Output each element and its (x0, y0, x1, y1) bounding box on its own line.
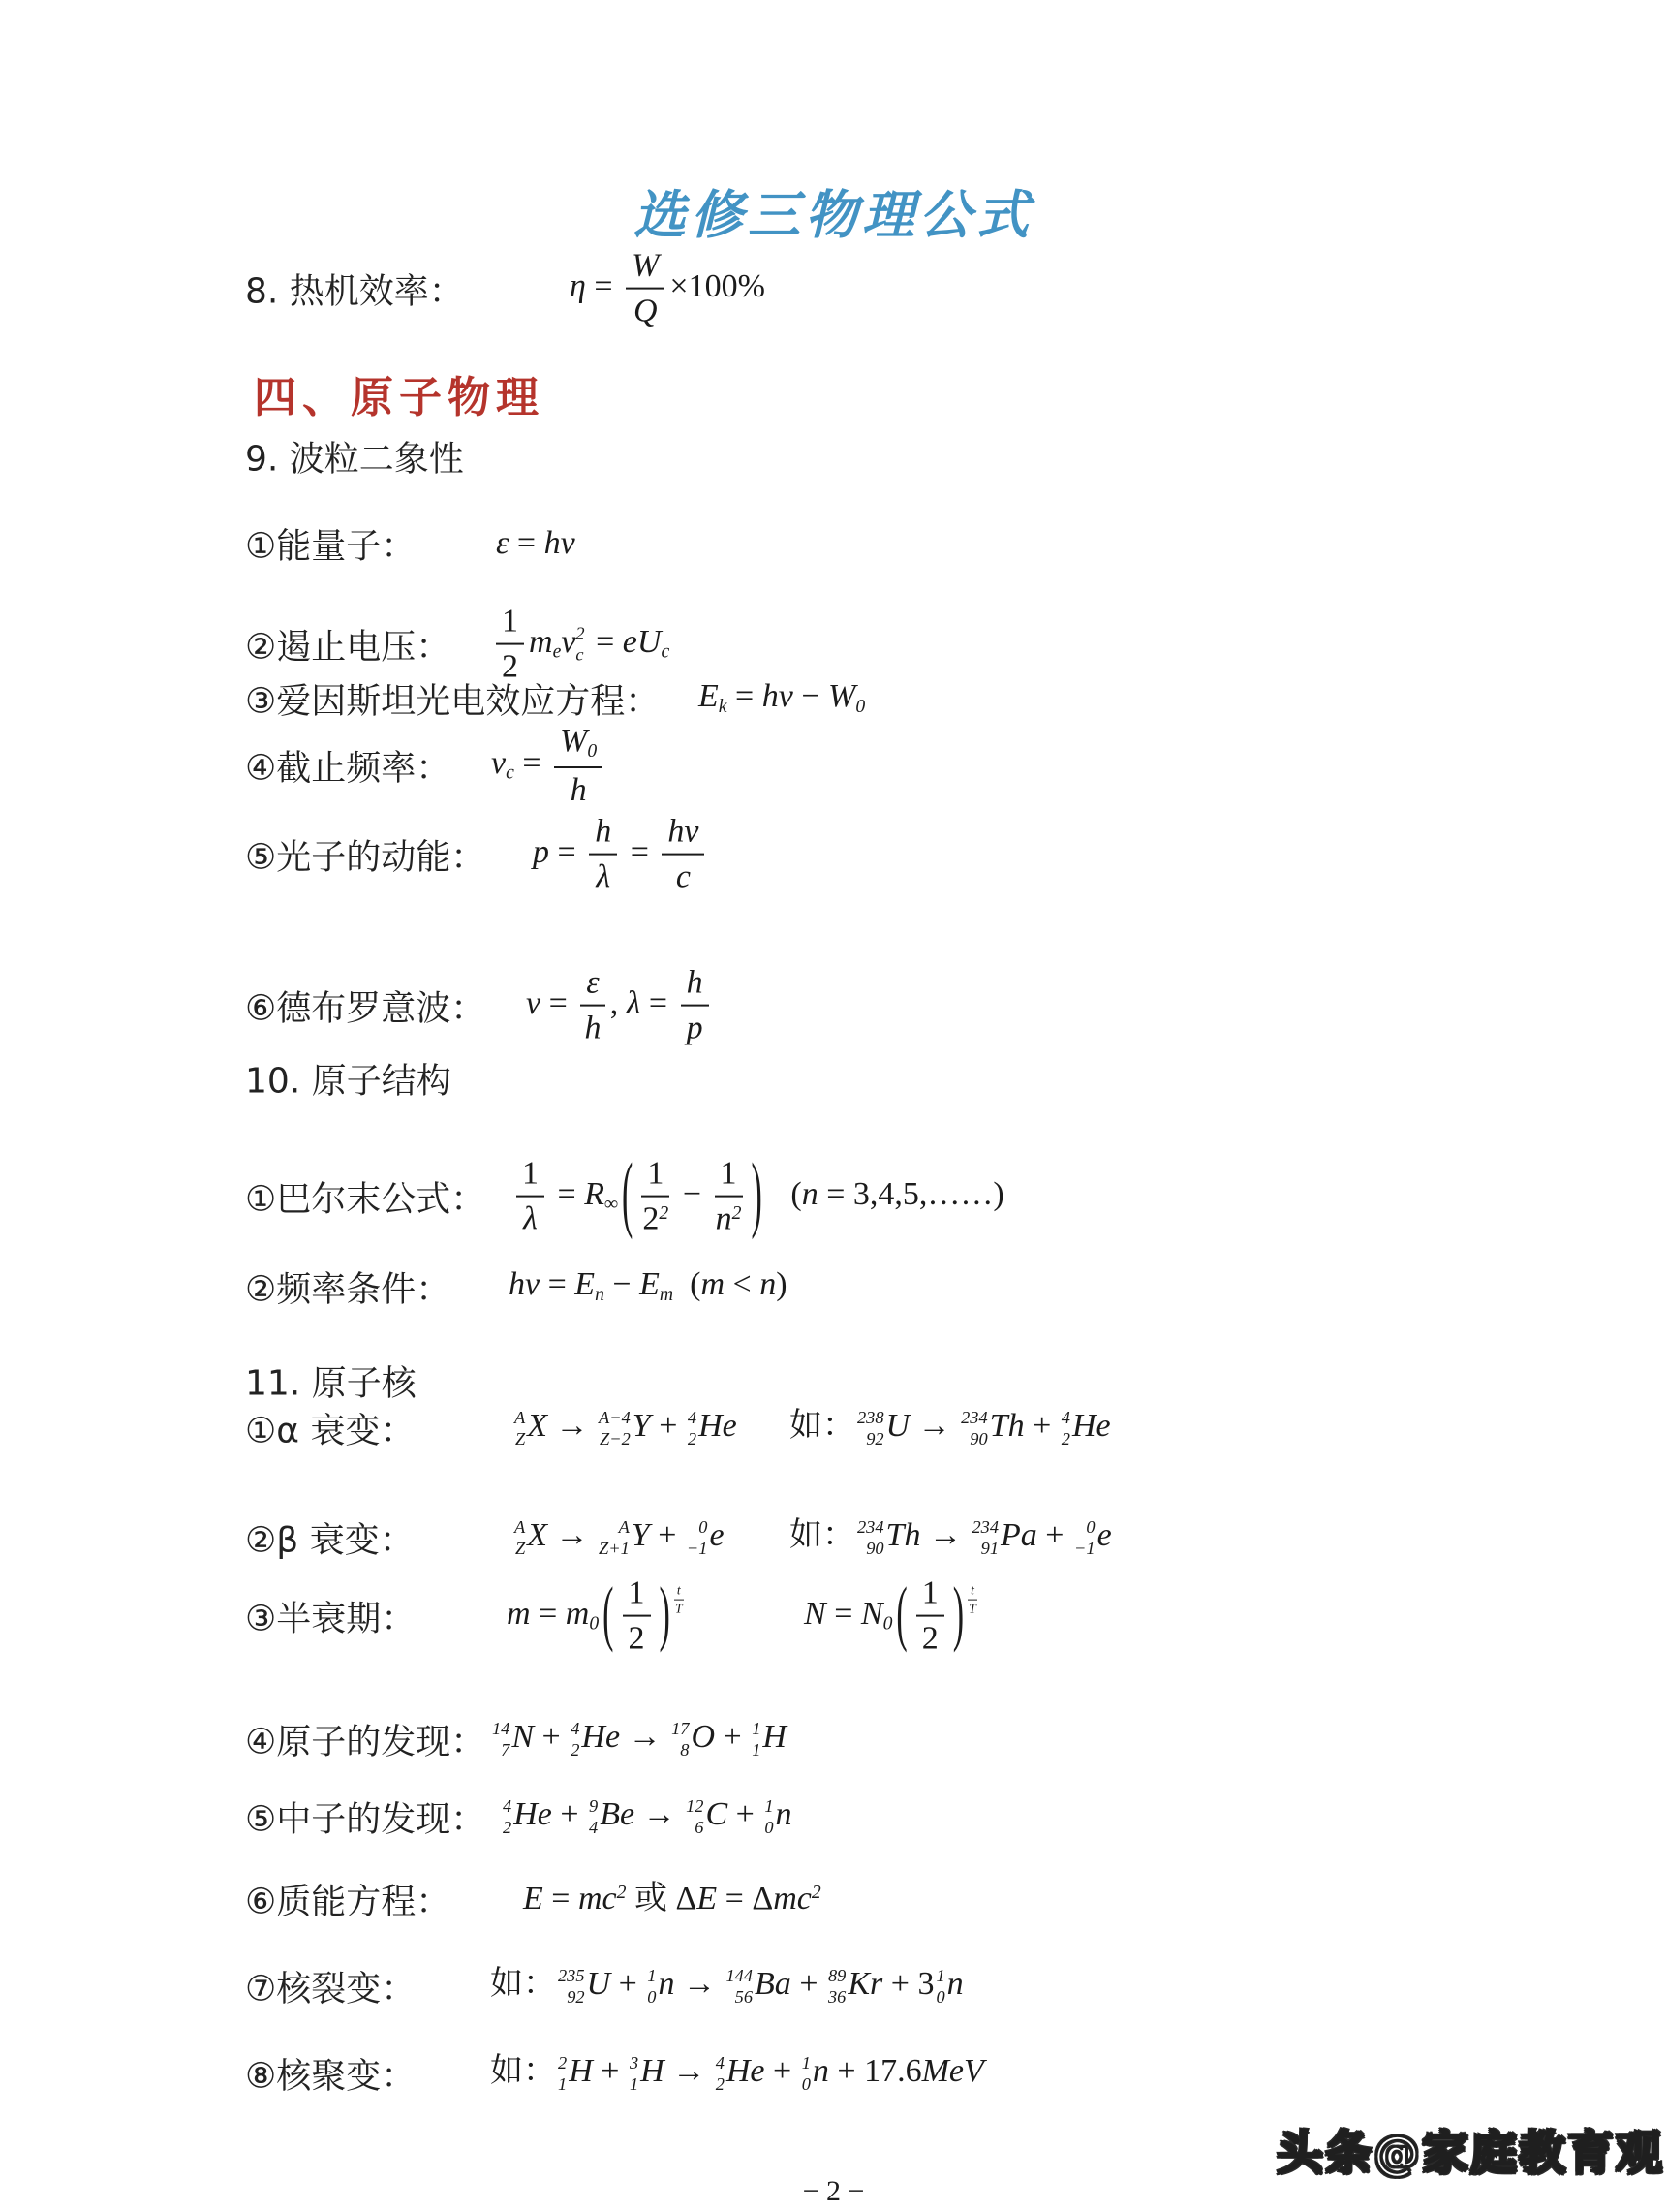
formula-secondary: N = N0(12)tT (804, 1575, 977, 1658)
item-label: ①α 衰变： (245, 1404, 415, 1453)
group-heading: 10. 原子结构 (245, 1054, 451, 1104)
item-label: ④原子的发现： (245, 1715, 485, 1764)
formula: 1λ = R∞(122 − 1n2) (n = 3,4,5,……) (511, 1156, 1004, 1238)
formula: AZX → AZ+1Y + 0−1e (512, 1516, 725, 1559)
item-label: ⑧核聚变： (245, 2049, 416, 2099)
formula: 147N + 42He → 178O + 11H (490, 1718, 787, 1760)
formula: 如：23592U + 10n → 14456Ba + 8936Kr + 310n (490, 1965, 964, 2008)
page-number: − 2 − (0, 2175, 1667, 2208)
formula: p = hλ = hvc (533, 814, 709, 896)
formula: v = εh, λ = hp (526, 965, 714, 1047)
formula-example: 如：23490Th → 23491Pa + 0−1e (789, 1516, 1112, 1559)
document-page: 选修三物理公式 8. 热机效率：η = WQ×100%四、原子物理9. 波粒二象… (0, 0, 1667, 2212)
formula: ε = hv (496, 527, 575, 560)
formula-example: 如：23892U → 23490Th + 42He (789, 1407, 1111, 1449)
item-label: ⑤中子的发现： (245, 1792, 485, 1842)
item-label: ⑦核裂变： (245, 1962, 416, 2011)
formula: hv = En − Em (m < n) (509, 1268, 787, 1305)
section-heading: 四、原子物理 (254, 362, 544, 424)
item-label: ①能量子： (245, 519, 416, 569)
formula: Ek = hv − W0 (698, 680, 865, 717)
item-label: ⑥质能方程： (245, 1875, 450, 1924)
item-label: ⑥德布罗意波： (245, 981, 485, 1031)
watermark: 头条@家庭教育观 (1277, 2116, 1664, 2183)
formula: vc = W0h (491, 723, 607, 808)
item-label: ⑤光子的动能： (245, 830, 485, 880)
formula: η = WQ×100% (570, 248, 765, 330)
item-label: ②遏止电压： (245, 620, 450, 670)
formula: AZX → A−4Z−2Y + 42He (512, 1407, 737, 1449)
item-label: 8. 热机效率： (245, 265, 464, 314)
formula: 42He + 94Be → 126C + 10n (501, 1795, 792, 1838)
formula: E = mc2 或 ΔE = Δmc2 (523, 1883, 821, 1916)
formula: m = m0(12)tT (507, 1575, 684, 1658)
formula: 如：21H + 31H → 42He + 10n + 17.6MeV (490, 2052, 984, 2095)
item-label: ④截止频率： (245, 741, 450, 791)
item-label: ①巴尔末公式： (245, 1172, 485, 1222)
group-heading: 11. 原子核 (245, 1356, 417, 1406)
item-label: ②β 衰变： (245, 1513, 415, 1563)
page-title: 选修三物理公式 (0, 174, 1667, 249)
item-label: ②频率条件： (245, 1262, 450, 1312)
group-heading: 9. 波粒二象性 (245, 432, 464, 482)
item-label: ③半衰期： (245, 1592, 416, 1641)
item-label: ③爱因斯坦光电效应方程： (245, 674, 660, 724)
